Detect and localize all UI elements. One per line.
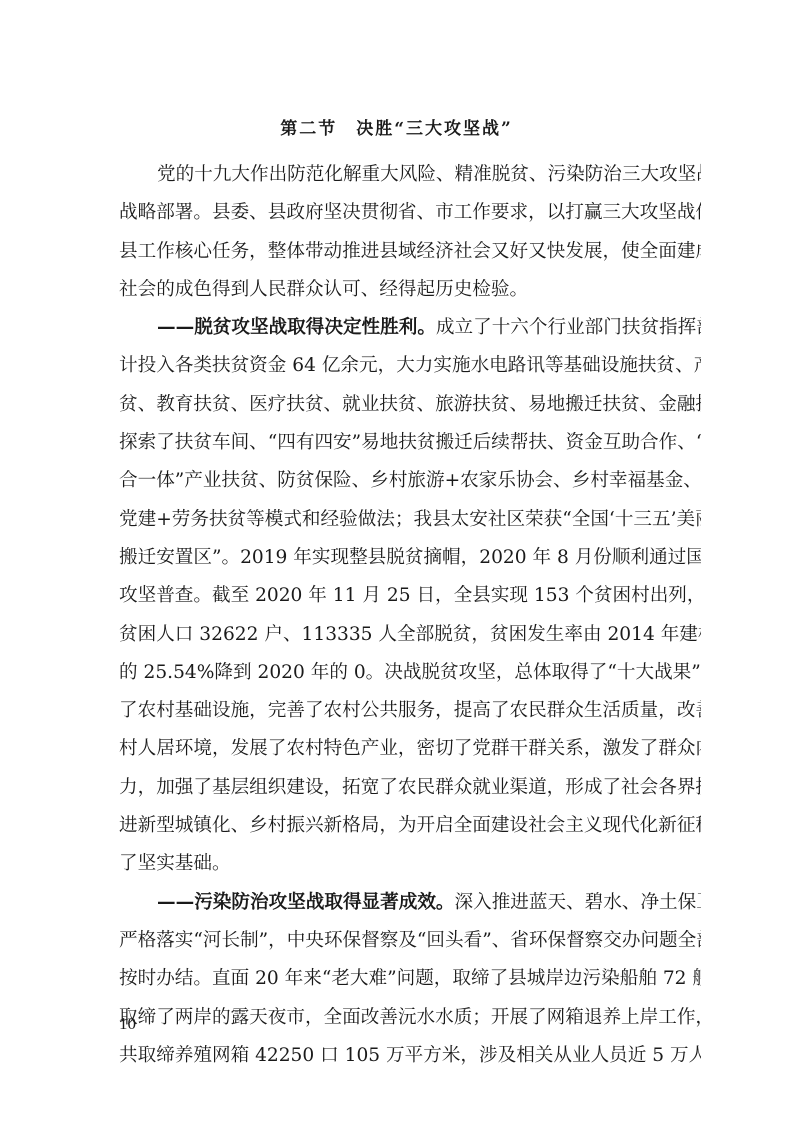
page-number: 10 — [119, 1014, 136, 1034]
text-line: 村人居环境，发展了农村特色产业，密切了党群干群关系，激发了群众内生动 — [119, 730, 701, 768]
text-line: 的 25.54%降到 2020 年的 0。决战脱贫攻坚，总体取得了“十大战果”：… — [119, 654, 701, 692]
text-line: ——脱贫攻坚战取得决定性胜利。成立了十六个行业部门扶贫指挥部，累 — [119, 309, 701, 347]
text-line: 共取缔养殖网箱 42250 口 105 万平方米，涉及相关从业人员近 5 万人，… — [119, 1037, 701, 1075]
text-line: 攻坚普查。截至 2020 年 11 月 25 日，全县实现 153 个贫困村出列… — [119, 577, 701, 615]
text-line: 党建+劳务扶贫等模式和经验做法；我县太安社区荣获“全国‘十三五’美丽 — [119, 501, 701, 539]
text-line: 贫困人口 32622 户、113335 人全部脱贫，贫困发生率由 2014 年建… — [119, 616, 701, 654]
text-line: 搬迁安置区”。2019 年实现整县脱贫摘帽，2020 年 8 月份顺利通过国家脱… — [119, 539, 701, 577]
paragraph-pollution-control: ——污染防治攻坚战取得显著成效。深入推进蓝天、碧水、净土保卫战， 严格落实“河长… — [119, 884, 701, 1075]
text-line: 力，加强了基层组织建设，拓宽了农民群众就业渠道，形成了社会各界携手推 — [119, 769, 701, 807]
paragraph-lead-heading: ——污染防治攻坚战取得显著成效。 — [157, 892, 455, 913]
paragraph-poverty-alleviation: ——脱贫攻坚战取得决定性胜利。成立了十六个行业部门扶贫指挥部，累 计投入各类扶贫… — [119, 309, 701, 883]
text-line: 了农村基础设施，完善了农村公共服务，提高了农民群众生活质量，改善了农 — [119, 692, 701, 730]
text-line: 取缔了两岸的露天夜市，全面改善沅水水质；开展了网箱退养上岸工作，全县 — [119, 999, 701, 1037]
text-line: 按时办结。直面 20 年来“老大难”问题，取缔了县城岸边污染船舶 72 艘，并 — [119, 960, 701, 998]
text-line: 社会的成色得到人民群众认可、经得起历史检验。 — [119, 271, 701, 309]
document-body: 党的十九大作出防范化解重大风险、精准脱贫、污染防治三大攻坚战重大 战略部署。县委… — [119, 156, 701, 1075]
paragraph-intro: 党的十九大作出防范化解重大风险、精准脱贫、污染防治三大攻坚战重大 战略部署。县委… — [119, 156, 701, 309]
text-line: 合一体”产业扶贫、防贫保险、乡村旅游+农家乐协会、乡村幸福基金、流动 — [119, 462, 701, 500]
document-page: 第二节 决胜“三大攻坚战” 党的十九大作出防范化解重大风险、精准脱贫、污染防治三… — [0, 0, 793, 1122]
text-run: 深入推进蓝天、碧水、净土保卫战， — [455, 892, 701, 913]
text-line: 严格落实“河长制”，中央环保督察及“回头看”、省环保督察交办问题全部 — [119, 922, 701, 960]
text-line: 战略部署。县委、县政府坚决贯彻省、市工作要求，以打赢三大攻坚战作为全 — [119, 194, 701, 232]
text-line: 县工作核心任务，整体带动推进县域经济社会又好又快发展，使全面建成小康 — [119, 233, 701, 271]
section-title: 第二节 决胜“三大攻坚战” — [0, 114, 793, 139]
paragraph-lead-heading: ——脱贫攻坚战取得决定性胜利。 — [157, 317, 436, 338]
text-line: ——污染防治攻坚战取得显著成效。深入推进蓝天、碧水、净土保卫战， — [119, 884, 701, 922]
text-line: 了坚实基础。 — [119, 845, 701, 883]
text-line: 贫、教育扶贫、医疗扶贫、就业扶贫、旅游扶贫、易地搬迁扶贫、金融扶贫； — [119, 386, 701, 424]
text-line: 计投入各类扶贫资金 64 亿余元，大力实施水电路讯等基础设施扶贫、产业扶 — [119, 347, 701, 385]
text-line: 探索了扶贫车间、“四有四安”易地扶贫搬迁后续帮扶、资金互助合作、“三 — [119, 424, 701, 462]
text-run: 成立了十六个行业部门扶贫指挥部，累 — [436, 317, 701, 338]
text-line: 党的十九大作出防范化解重大风险、精准脱贫、污染防治三大攻坚战重大 — [119, 156, 701, 194]
text-line: 进新型城镇化、乡村振兴新格局，为开启全面建设社会主义现代化新征程奠定 — [119, 807, 701, 845]
